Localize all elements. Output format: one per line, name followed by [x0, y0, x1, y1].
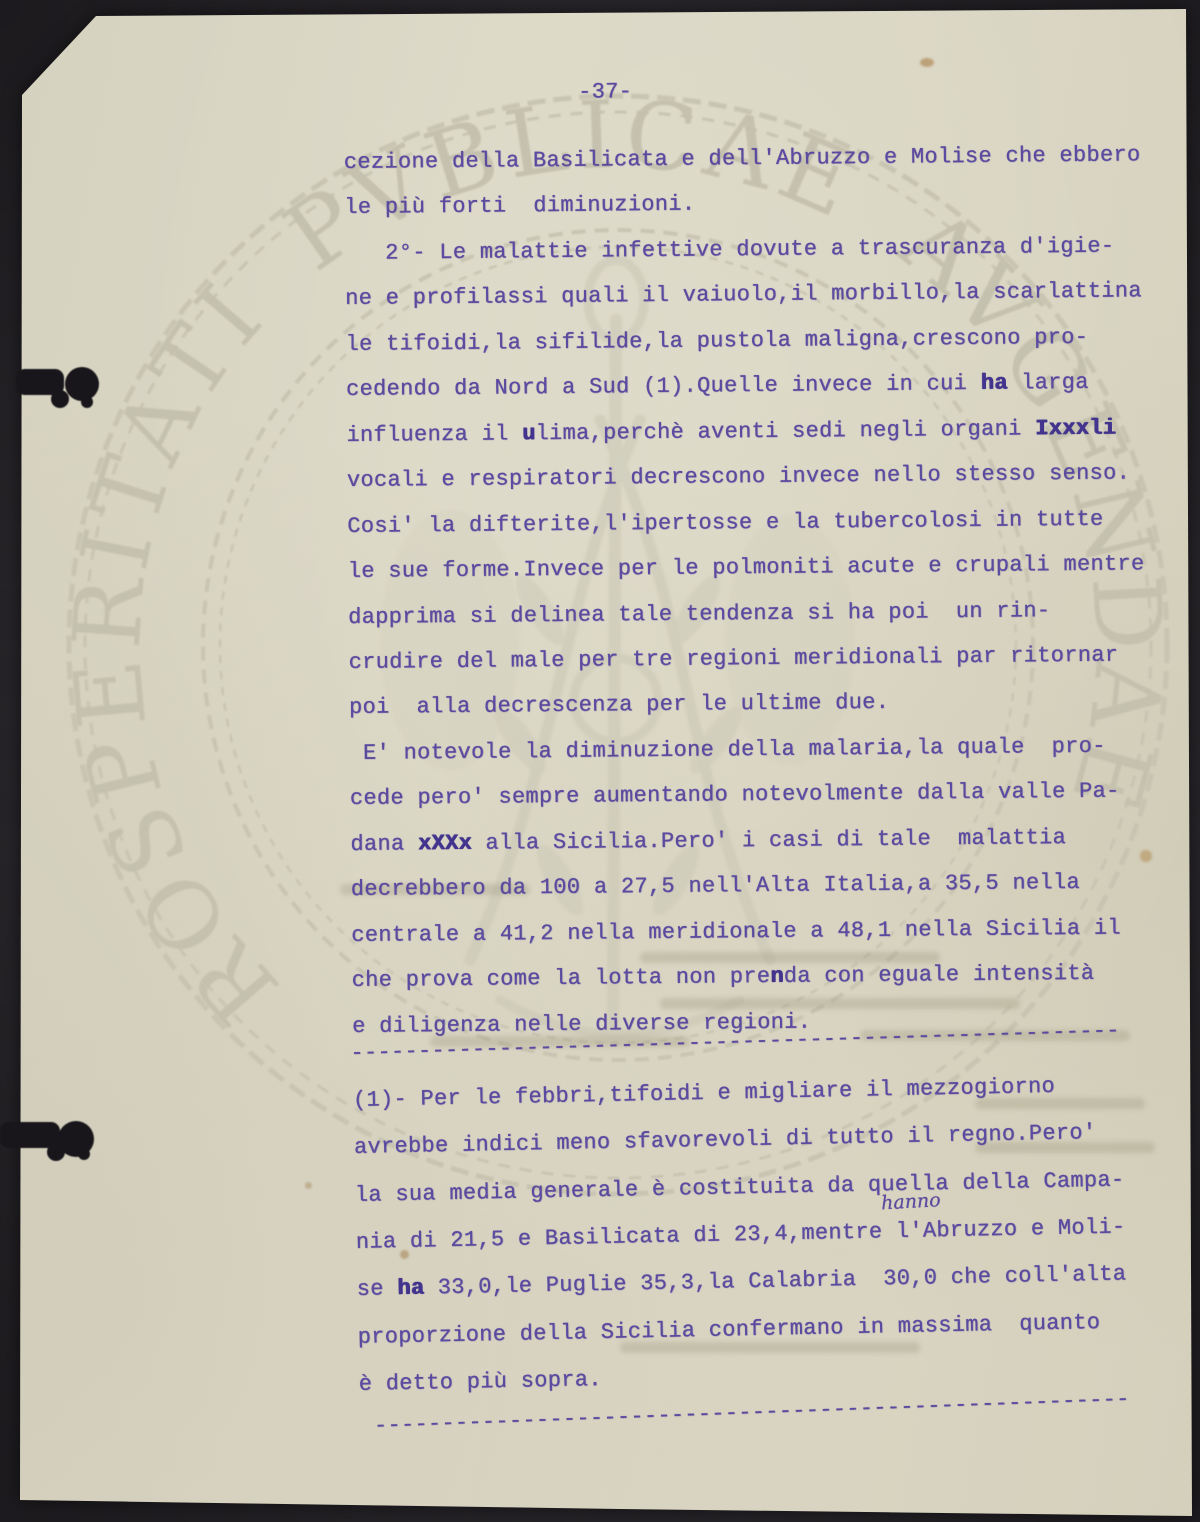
typed-line: vocali e respiratori decrescono invece n… — [347, 461, 1130, 494]
typed-line: dana xXXx alla Sicilia.Pero' i casi di t… — [350, 825, 1066, 857]
typed-line: avrebbe indici meno sfavorevoli di tutto… — [354, 1120, 1097, 1160]
typed-text-layer: -37- cezione della Basilicata e dell'Abr… — [0, 0, 1200, 1522]
typed-line: è detto più sopra. — [358, 1367, 601, 1397]
page-number: -37- — [578, 79, 632, 105]
typed-line: le tifoidi,la sifilide,la pustola malign… — [346, 325, 1089, 357]
typed-line: cezione della Basilicata e dell'Abruzzo … — [344, 142, 1141, 175]
typed-line: decrebbero da 100 a 27,5 nell'Alta Itali… — [351, 870, 1080, 902]
typed-line: ne e profilassi quali il vaiuolo,il morb… — [345, 279, 1142, 312]
typed-line: le più forti diminuzioni. — [344, 192, 695, 220]
typed-line: le sue forme.Invece per le polmoniti acu… — [348, 551, 1145, 584]
typed-line: nia di 21,5 e Basilicata di 23,4,mentre … — [356, 1214, 1126, 1254]
typed-line: proporzione della Sicilia confermano in … — [358, 1310, 1101, 1350]
typed-line: cedendo da Nord a Sud (1).Quelle invece … — [346, 370, 1089, 402]
paper-sheet-wrap: ROSPERITATI PVBLICAE AVGENDAE — [0, 0, 1200, 1522]
typed-line: influenza il ulima,perchè aventi sedi ne… — [346, 415, 1116, 447]
typed-line: E' notevole la diminuzione della malaria… — [349, 734, 1105, 766]
scanned-document-page: ROSPERITATI PVBLICAE AVGENDAE — [0, 0, 1200, 1522]
typed-line: che prova come la lotta non prenda con e… — [352, 961, 1095, 993]
typed-line: Cosi' la difterite,l'ipertosse e la tube… — [347, 506, 1103, 538]
body-paragraphs: cezione della Basilicata e dell'Abruzzo … — [344, 142, 1163, 1070]
typed-line: dapprima si delinea tale tendenza si ha … — [348, 598, 1050, 630]
typed-line: cede pero' sempre aumentando notevolment… — [350, 779, 1120, 811]
typed-line: 2°- Le malattie infettive dovute a trasc… — [345, 234, 1115, 266]
typed-line: crudire del male per tre regioni meridio… — [349, 643, 1119, 675]
typed-line: poi alla decrescenza per le ultime due. — [349, 690, 889, 720]
typed-line: (1)- Per le febbri,tifoidi e migliare il… — [353, 1074, 1055, 1113]
typed-line: se ha 33,0,le Puglie 35,3,la Calabria 30… — [357, 1262, 1127, 1302]
typed-line: la sua media generale è costituita da qu… — [355, 1167, 1125, 1207]
paper-sheet: ROSPERITATI PVBLICAE AVGENDAE — [0, 0, 1200, 1522]
typed-line: centrale a 41,2 nella meridionale a 48,1… — [351, 915, 1121, 947]
